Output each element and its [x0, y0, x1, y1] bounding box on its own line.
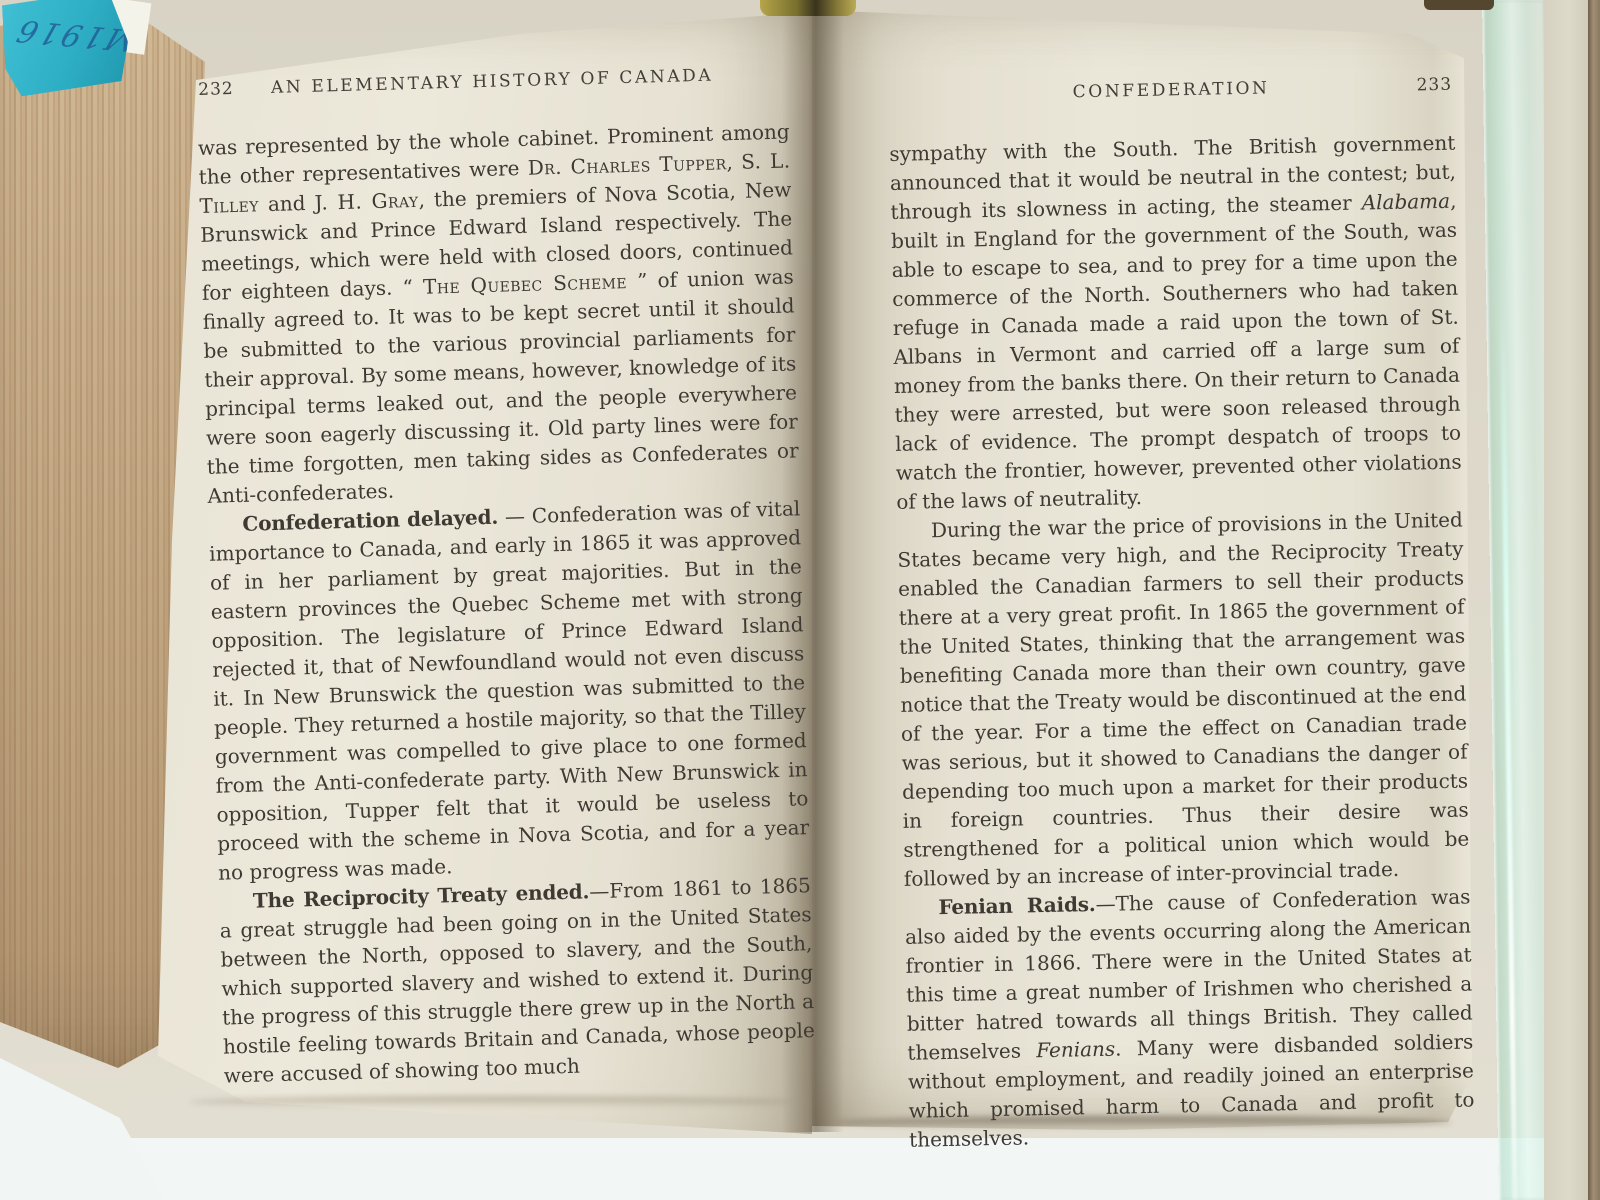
text-segment-smallcaps: Dr. Charles Tupper [527, 150, 726, 180]
left-page-content: 232 AN ELEMENTARY HISTORY OF CANADA was … [196, 63, 816, 1090]
left-page-bottom-shadow [190, 1096, 790, 1108]
cover-top-sliver [1424, 0, 1494, 10]
paragraph: The Reciprocity Treaty ended.—From 1861 … [219, 871, 816, 1090]
text-segment-smallcaps: J. H. Gray [314, 188, 419, 215]
right-page-edge [1544, 0, 1590, 1200]
right-page-text: sympathy with the South. The British gov… [889, 129, 1475, 1155]
book-cover-edge [1588, 0, 1600, 1200]
text-segment-bold: Confederation delayed. [242, 505, 498, 536]
text-segment-plain: , built in England for the government of… [891, 189, 1462, 514]
paragraph: During the war the price of provisions i… [897, 506, 1470, 894]
photo-of-open-book: M1916 232 AN ELEMENTARY HISTORY OF CANAD… [0, 0, 1600, 1200]
left-page-number: 232 [198, 79, 234, 100]
right-page-number: 233 [1416, 75, 1452, 96]
text-segment-italic: Fenians [1036, 1037, 1115, 1063]
text-segment-plain: and [258, 191, 314, 217]
paragraph: was represented by the whole cabinet. Pr… [198, 117, 800, 510]
text-segment-bold: Fenian Raids. [938, 892, 1096, 919]
text-segment-plain: — Confederation was of vital importance … [209, 496, 810, 884]
right-page-content: CONFEDERATION 233 sympathy with the Sout… [888, 75, 1475, 1155]
text-segment-smallcaps: The Quebec Scheme [423, 269, 628, 299]
text-segment-plain: , [726, 150, 741, 174]
text-segment-plain: During the war the price of provisions i… [897, 508, 1469, 891]
text-segment-bold: The Reciprocity Treaty ended. [253, 879, 590, 912]
left-page-text: was represented by the whole cabinet. Pr… [198, 117, 816, 1090]
book-spine-top [760, 0, 856, 16]
paragraph: Fenian Raids.—The cause of Confederation… [904, 882, 1475, 1154]
paragraph: Confederation delayed. — Confederation w… [208, 494, 810, 887]
paragraph: sympathy with the South. The British gov… [889, 129, 1462, 517]
text-segment-italic: Alabama [1361, 189, 1450, 215]
